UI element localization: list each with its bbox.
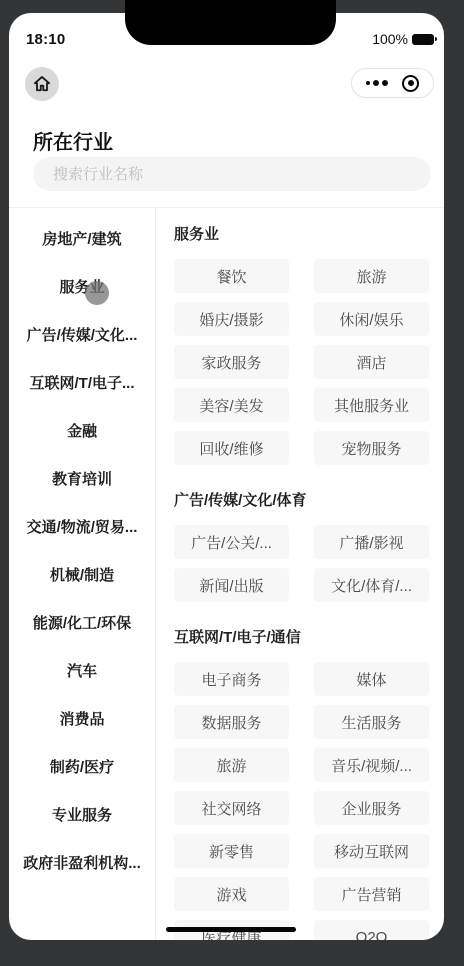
category-button[interactable]: 宠物服务 [314, 431, 429, 465]
battery-percent: 100% [372, 31, 408, 47]
category-button[interactable]: 生活服务 [314, 705, 429, 739]
category-button[interactable]: 餐饮 [174, 259, 289, 293]
category-button[interactable]: 电子商务 [174, 662, 289, 696]
industry-content: 服务业餐饮旅游婚庆/摄影休闲/娱乐家政服务酒店美容/美发其他服务业回收/维修宠物… [156, 208, 444, 940]
category-button[interactable]: 广告/公关/... [174, 525, 289, 559]
home-button[interactable] [25, 67, 59, 101]
category-grid: 广告/公关/...广播/影视新闻/出版文化/体育/... [174, 525, 429, 611]
capsule-menu [351, 68, 434, 98]
sidebar-item[interactable]: 汽车 [9, 646, 155, 694]
sidebar-item[interactable]: 能源/化工/环保 [9, 598, 155, 646]
category-button[interactable]: 婚庆/摄影 [174, 302, 289, 336]
category-button[interactable]: 企业服务 [314, 791, 429, 825]
sidebar-item[interactable]: 机械/制造 [9, 550, 155, 598]
section-title: 互联网/T/电子/通信 [174, 629, 429, 647]
sidebar-item[interactable]: 广告/传媒/文化... [9, 310, 155, 358]
category-button[interactable]: 音乐/视频/... [314, 748, 429, 782]
sidebar-item[interactable]: 政府非盈利机构... [9, 838, 155, 886]
category-picker: 房地产/建筑服务业广告/传媒/文化...互联网/T/电子...金融教育培训交通/… [9, 207, 444, 940]
category-button[interactable]: 游戏 [174, 877, 289, 911]
category-button[interactable]: 社交网络 [174, 791, 289, 825]
category-button[interactable]: 数据服务 [174, 705, 289, 739]
category-button[interactable]: 媒体 [314, 662, 429, 696]
sidebar-item[interactable]: 交通/物流/贸易... [9, 502, 155, 550]
category-button[interactable]: 旅游 [314, 259, 429, 293]
status-right: 100% [372, 31, 437, 47]
category-button[interactable]: 酒店 [314, 345, 429, 379]
capsule-circle-icon[interactable] [402, 75, 419, 92]
category-button[interactable]: 回收/维修 [174, 431, 289, 465]
device-frame: 18:10 100% 所在行业 [0, 0, 464, 966]
sidebar-item[interactable]: 互联网/T/电子... [9, 358, 155, 406]
device-notch [125, 0, 336, 45]
sidebar-item[interactable]: 专业服务 [9, 790, 155, 838]
section-title: 服务业 [174, 226, 429, 244]
status-time: 18:10 [26, 31, 65, 48]
sidebar-item-active[interactable]: 服务业 [9, 262, 155, 310]
category-button[interactable]: 其他服务业 [314, 388, 429, 422]
mini-program-screen: 18:10 100% 所在行业 [9, 13, 444, 940]
sidebar-item[interactable]: 制药/医疗 [9, 742, 155, 790]
category-button[interactable]: 新零售 [174, 834, 289, 868]
category-grid: 餐饮旅游婚庆/摄影休闲/娱乐家政服务酒店美容/美发其他服务业回收/维修宠物服务 [174, 259, 429, 474]
more-dots-icon[interactable] [366, 76, 388, 90]
category-button[interactable]: 移动互联网 [314, 834, 429, 868]
section-title: 广告/传媒/文化/体育 [174, 492, 429, 510]
category-button[interactable]: 家政服务 [174, 345, 289, 379]
sidebar-item[interactable]: 教育培训 [9, 454, 155, 502]
page-title: 所在行业 [33, 126, 113, 155]
category-button[interactable]: 广告营销 [314, 877, 429, 911]
sidebar-item[interactable]: 消费品 [9, 694, 155, 742]
battery-icon [412, 34, 437, 45]
home-indicator-bar[interactable] [166, 927, 296, 932]
search-input[interactable] [33, 157, 431, 191]
sidebar-item[interactable]: 房地产/建筑 [9, 214, 155, 262]
sidebar-item[interactable]: 金融 [9, 406, 155, 454]
industry-sidebar: 房地产/建筑服务业广告/传媒/文化...互联网/T/电子...金融教育培训交通/… [9, 208, 156, 940]
category-button[interactable]: 文化/体育/... [314, 568, 429, 602]
search-bar [33, 157, 431, 191]
category-button[interactable]: 美容/美发 [174, 388, 289, 422]
home-icon [32, 74, 52, 94]
category-button[interactable]: O2O [314, 920, 429, 940]
category-button[interactable]: 新闻/出版 [174, 568, 289, 602]
category-button[interactable]: 旅游 [174, 748, 289, 782]
category-grid: 电子商务媒体数据服务生活服务旅游音乐/视频/...社交网络企业服务新零售移动互联… [174, 662, 429, 940]
category-button[interactable]: 休闲/娱乐 [314, 302, 429, 336]
category-button[interactable]: 广播/影视 [314, 525, 429, 559]
